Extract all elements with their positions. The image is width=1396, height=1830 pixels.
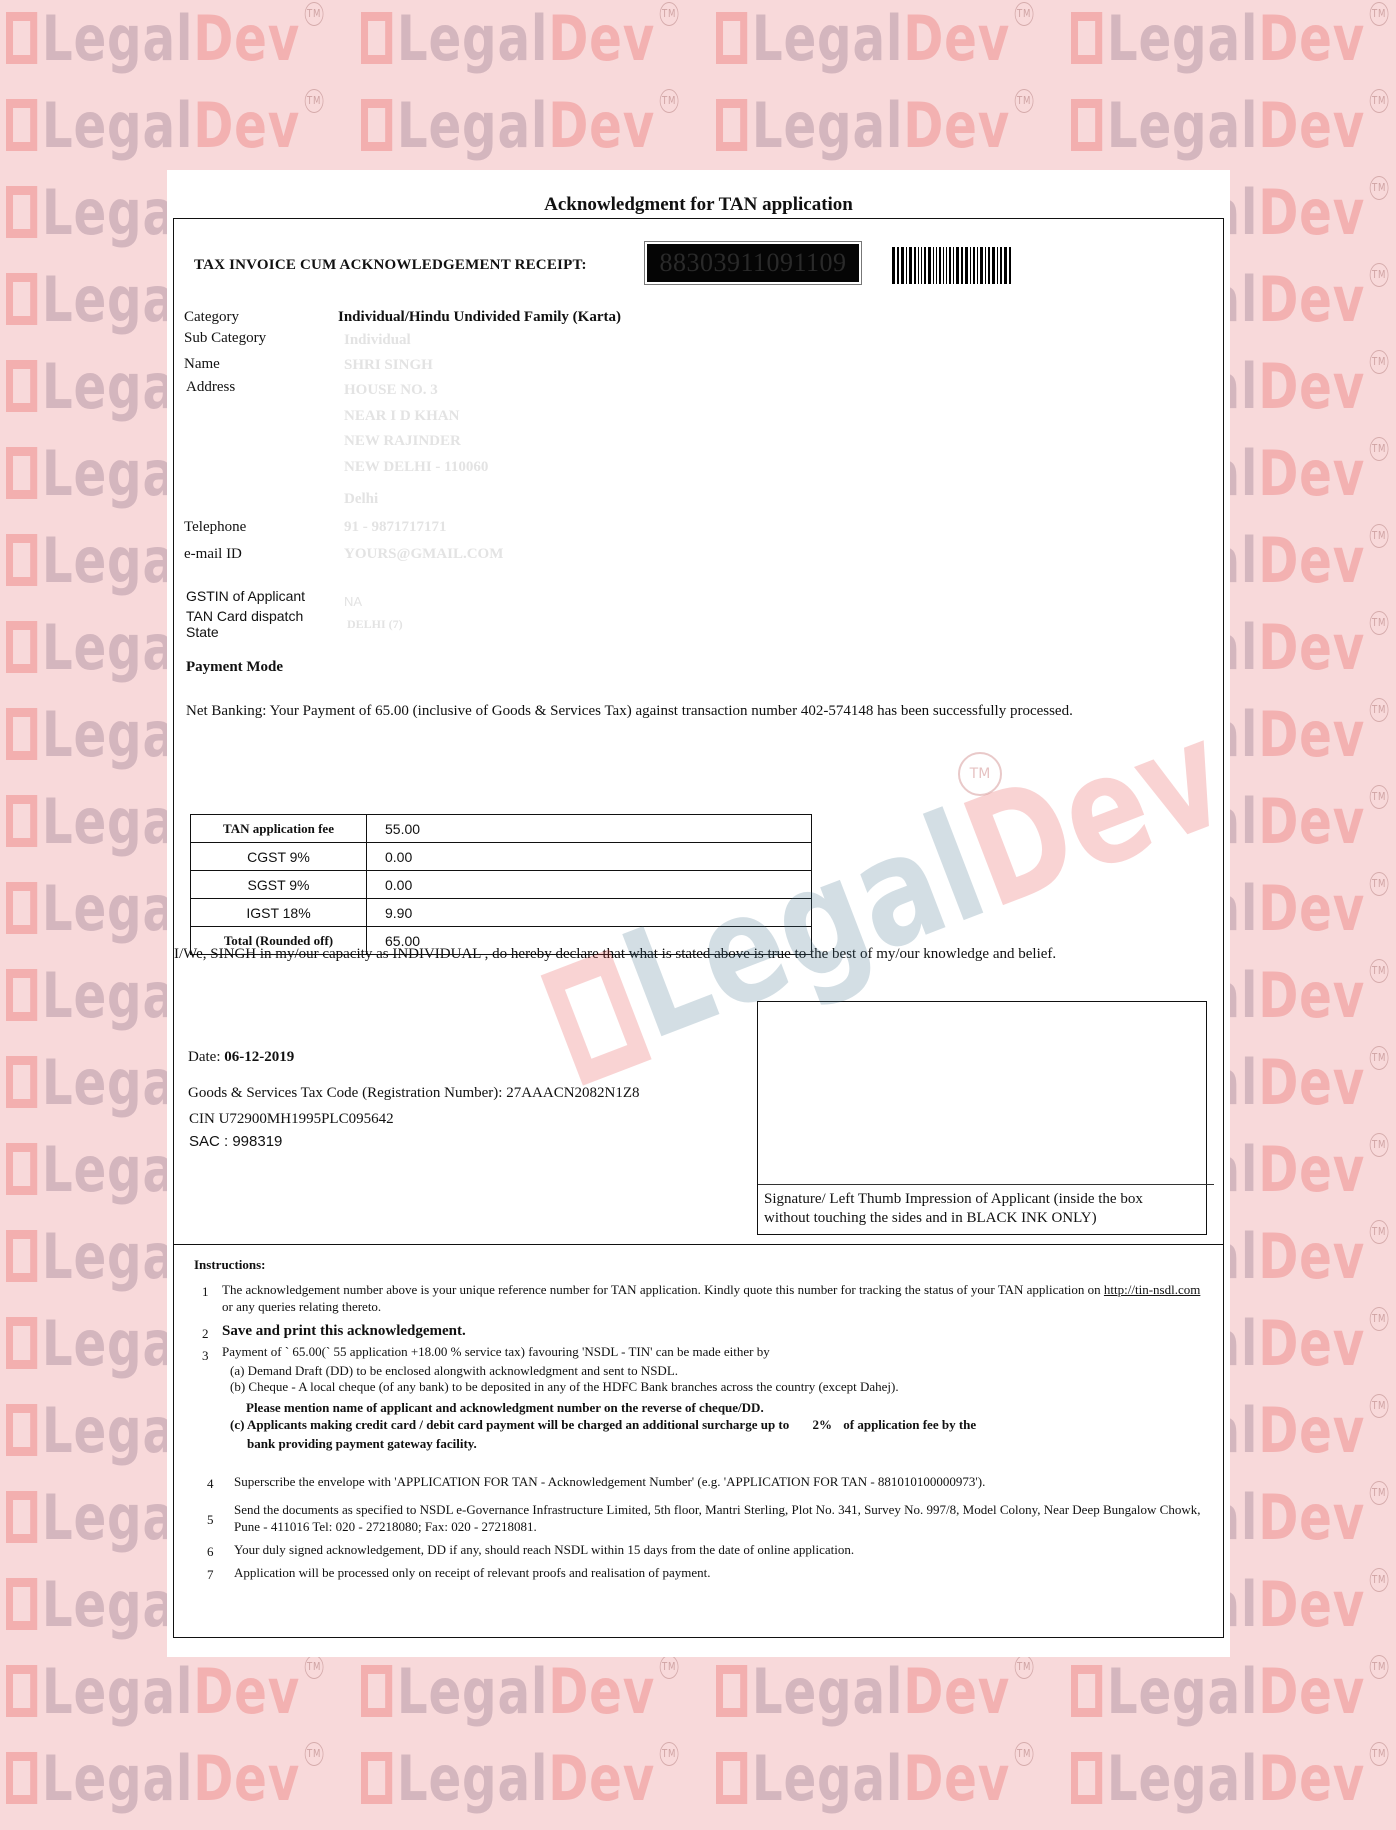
date-row: Date: 06-12-2019	[188, 1049, 294, 1066]
payment-option-card-2: bank providing payment gateway facility.	[247, 1435, 477, 1452]
watermark-text: Dev	[1258, 698, 1365, 771]
payment-option-card: (c) Applicants making credit card / debi…	[230, 1416, 976, 1433]
instruction-item-2: 2 Save and print this acknowledgement.	[222, 1323, 466, 1340]
watermark-tile: LegalDevTM	[6, 95, 300, 157]
trademark-icon: TM	[1370, 1742, 1389, 1766]
barcode-bar	[918, 247, 919, 284]
page-title: Acknowledgment for TAN application	[167, 194, 1230, 216]
watermark-tile: LegalDevTM	[716, 95, 1010, 157]
watermark-logo-icon	[1071, 1665, 1102, 1717]
trademark-icon: TM	[1370, 1394, 1389, 1418]
instructions-divider	[174, 1244, 1223, 1245]
acknowledgement-page: Acknowledgment for TAN application TAX I…	[167, 170, 1230, 1657]
watermark-logo-icon	[6, 1317, 37, 1369]
watermark-text: Legal	[752, 1742, 903, 1815]
fee-table: TAN application fee 55.00 CGST 9% 0.00 S…	[190, 814, 812, 955]
barcode-bar	[939, 247, 941, 284]
watermark-text: Dev	[1258, 1742, 1365, 1815]
payment-status-text: Net Banking: Your Payment of 65.00 (incl…	[186, 703, 1073, 720]
instruction-text: Application will be processed only on re…	[234, 1565, 711, 1580]
igst-label: IGST 18%	[191, 899, 367, 927]
sgst-value: 0.00	[367, 871, 812, 899]
watermark-text: Dev	[1258, 1655, 1365, 1728]
trademark-icon: TM	[1370, 350, 1389, 374]
instruction-number: 2	[202, 1325, 209, 1342]
watermark-text: Dev	[1258, 2, 1365, 75]
trademark-icon: TM	[305, 89, 324, 113]
tin-nsdl-link[interactable]: http://tin-nsdl.com	[1104, 1282, 1200, 1297]
watermark-logo-icon	[6, 273, 37, 325]
watermark-text: Dev	[1258, 785, 1365, 858]
watermark-logo-icon	[361, 99, 392, 151]
watermark-logo-icon	[6, 621, 37, 673]
email-value: YOURS@GMAIL.COM	[344, 546, 503, 563]
instruction-text: Your duly signed acknowledgement, DD if …	[234, 1542, 854, 1557]
watermark-tile: LegalDevTM	[6, 8, 300, 70]
watermark-logo-icon	[6, 447, 37, 499]
barcode-bar	[933, 247, 934, 284]
trademark-icon: TM	[1370, 89, 1389, 113]
gst-code: Goods & Services Tax Code (Registration …	[188, 1085, 640, 1102]
watermark-text: Legal	[42, 89, 193, 162]
watermark-logo-icon	[6, 882, 37, 934]
watermark-logo-icon	[6, 1578, 37, 1630]
category-value: Individual/Hindu Undivided Family (Karta…	[338, 309, 621, 326]
watermark-logo-icon	[6, 1056, 37, 1108]
watermark-text: Legal	[397, 1655, 548, 1728]
barcode-bar	[914, 247, 916, 284]
category-label: Category	[184, 309, 239, 326]
barcode-bar	[970, 247, 971, 284]
watermark-text: Dev	[548, 2, 655, 75]
instruction-text: The acknowledgement number above is your…	[222, 1282, 1104, 1297]
trademark-icon: TM	[1370, 1220, 1389, 1244]
table-row: CGST 9% 0.00	[191, 843, 812, 871]
watermark-text: Dev	[1258, 263, 1365, 336]
signature-box: Signature/ Left Thumb Impression of Appl…	[757, 1001, 1207, 1235]
watermark-text: Dev	[1258, 350, 1365, 423]
acknowledgement-number: 88303911091109	[647, 244, 859, 282]
trademark-icon: TM	[1370, 1307, 1389, 1331]
trademark-icon: TM	[660, 89, 679, 113]
watermark-text: Legal	[42, 1742, 193, 1815]
cgst-value: 0.00	[367, 843, 812, 871]
barcode-bar	[921, 247, 922, 284]
table-row: TAN application fee 55.00	[191, 815, 812, 843]
trademark-icon: TM	[1015, 1655, 1034, 1679]
signature-caption-line-2: without touching the sides and in BLACK …	[764, 1209, 1143, 1228]
barcode-bar	[901, 247, 904, 284]
trademark-icon: TM	[1370, 176, 1389, 200]
barcode-bar	[943, 247, 944, 284]
dispatch-state-label-2: State	[186, 624, 219, 640]
payment-mode-heading: Payment Mode	[186, 659, 283, 676]
watermark-logo-icon	[6, 708, 37, 760]
instruction-text: Send the documents as specified to NSDL …	[234, 1502, 1200, 1534]
watermark-logo-icon	[1071, 1752, 1102, 1804]
document-frame: TAX INVOICE CUM ACKNOWLEDGEMENT RECEIPT:…	[173, 218, 1224, 1638]
address-line-3: NEW RAJINDER	[344, 433, 461, 450]
acknowledgement-number-box: 88303911091109	[644, 241, 862, 285]
watermark-logo-icon	[6, 360, 37, 412]
fee-label: TAN application fee	[191, 815, 367, 843]
watermark-logo-icon	[716, 1752, 747, 1804]
watermark-text: Legal	[397, 89, 548, 162]
dispatch-state-value: DELHI (7)	[347, 617, 403, 632]
table-row: SGST 9% 0.00	[191, 871, 812, 899]
trademark-icon: TM	[1370, 1655, 1389, 1679]
barcode-icon	[892, 247, 1016, 284]
trademark-icon: TM	[305, 1655, 324, 1679]
table-row: IGST 18% 9.90	[191, 899, 812, 927]
barcode-bar	[1000, 247, 1002, 284]
trademark-icon: TM	[958, 752, 1002, 796]
watermark-logo-icon	[361, 12, 392, 64]
barcode-bar	[956, 247, 959, 284]
watermark-tile: LegalDevTM	[6, 1661, 300, 1723]
barcode-bar	[985, 247, 986, 284]
watermark-text: Legal	[752, 2, 903, 75]
watermark-logo-icon	[6, 1404, 37, 1456]
watermark-text: Legal	[397, 2, 548, 75]
trademark-icon: TM	[660, 1742, 679, 1766]
watermark-text: Dev	[193, 89, 300, 162]
trademark-icon: TM	[1370, 785, 1389, 809]
watermark-logo-icon	[6, 1491, 37, 1543]
barcode-bar	[928, 247, 931, 284]
barcode-bar	[909, 247, 912, 284]
instruction-item-7: 7 Application will be processed only on …	[234, 1564, 711, 1581]
watermark-text: Dev	[1258, 959, 1365, 1032]
instruction-number: 5	[207, 1511, 214, 1528]
gstin-label: GSTIN of Applicant	[186, 588, 305, 604]
watermark-tile: LegalDevTM	[716, 8, 1010, 70]
watermark-text: Dev	[193, 1742, 300, 1815]
cin-number: CIN U72900MH1995PLC095642	[189, 1111, 394, 1128]
telephone-value: 91 - 9871717171	[344, 519, 447, 536]
fee-value: 55.00	[367, 815, 812, 843]
telephone-label: Telephone	[184, 519, 246, 536]
watermark-logo-icon	[716, 1665, 747, 1717]
address-label: Address	[186, 379, 235, 396]
watermark-text: Dev	[1258, 524, 1365, 597]
watermark-tile: LegalDevTM	[361, 8, 655, 70]
instruction-number: 4	[207, 1475, 214, 1492]
watermark-logo-icon	[361, 1665, 392, 1717]
instruction-item-6: 6 Your duly signed acknowledgement, DD i…	[234, 1541, 854, 1558]
barcode-bar	[897, 247, 899, 284]
watermark-text: Dev	[903, 89, 1010, 162]
watermark-text: Dev	[903, 1655, 1010, 1728]
watermark-text: Dev	[1258, 1046, 1365, 1119]
name-label: Name	[184, 356, 220, 373]
watermark-text: Dev	[193, 1655, 300, 1728]
trademark-icon: TM	[1370, 263, 1389, 287]
trademark-icon: TM	[1370, 1481, 1389, 1505]
instruction-text: or any queries relating thereto.	[222, 1299, 381, 1314]
instruction-text: Payment of ` 65.00(` 55 application +18.…	[222, 1344, 770, 1359]
trademark-icon: TM	[1370, 698, 1389, 722]
watermark-text: Dev	[1258, 1481, 1365, 1554]
barcode-bar	[924, 247, 926, 284]
watermark-text: Dev	[903, 1742, 1010, 1815]
watermark-text: Dev	[1258, 1133, 1365, 1206]
watermark-logo-icon	[361, 1752, 392, 1804]
watermark-text: Dev	[1258, 1307, 1365, 1380]
watermark-text: Dev	[1258, 1568, 1365, 1641]
payment-option-dd: (a) Demand Draft (DD) to be enclosed alo…	[230, 1362, 678, 1379]
watermark-logo-icon	[6, 186, 37, 238]
barcode-bar	[965, 247, 968, 284]
instruction-number: 1	[202, 1283, 209, 1300]
declaration-text: I/We, SINGH in my/our capacity as INDIVI…	[174, 946, 1056, 963]
signature-caption: Signature/ Left Thumb Impression of Appl…	[764, 1190, 1143, 1228]
watermark-tile: LegalDevTM	[716, 1748, 1010, 1810]
watermark-logo-icon	[6, 795, 37, 847]
signature-divider	[758, 1184, 1214, 1185]
watermark-logo-icon	[6, 99, 37, 151]
watermark-logo-icon	[716, 99, 747, 151]
trademark-icon: TM	[1015, 1742, 1034, 1766]
sub-category-label: Sub Category	[184, 330, 266, 347]
watermark-text: Dev	[903, 2, 1010, 75]
address-line-2: NEAR I D KHAN	[344, 408, 459, 425]
watermark-text: Legal	[1107, 1742, 1258, 1815]
watermark-logo-icon	[6, 1665, 37, 1717]
trademark-icon: TM	[1370, 1046, 1389, 1070]
trademark-icon: TM	[1370, 611, 1389, 635]
trademark-icon: TM	[660, 1655, 679, 1679]
instruction-item-3: 3 Payment of ` 65.00(` 55 application +1…	[222, 1343, 770, 1360]
watermark-text: Legal	[1107, 1655, 1258, 1728]
watermark-logo-icon	[1071, 12, 1102, 64]
watermark-text: Dev	[1258, 176, 1365, 249]
sac-code: SAC : 998319	[189, 1133, 282, 1150]
trademark-icon: TM	[1370, 524, 1389, 548]
watermark-tile: LegalDevTM	[6, 1748, 300, 1810]
barcode-bar	[961, 247, 963, 284]
trademark-icon: TM	[1370, 1133, 1389, 1157]
watermark-logo-icon	[1071, 99, 1102, 151]
watermark-text: Dev	[1258, 1220, 1365, 1293]
barcode-bar	[906, 247, 907, 284]
instruction-text: Superscribe the envelope with 'APPLICATI…	[234, 1474, 985, 1489]
watermark-text: Legal	[1107, 89, 1258, 162]
watermark-text: Dev	[548, 1655, 655, 1728]
watermark-text: Dev	[1258, 437, 1365, 510]
watermark-logo-icon	[6, 1752, 37, 1804]
instruction-text: Save and print this acknowledgement.	[222, 1323, 466, 1339]
watermark-tile: LegalDevTM	[1071, 8, 1365, 70]
watermark-logo-icon	[716, 12, 747, 64]
instruction-item-5: 5 Send the documents as specified to NSD…	[234, 1501, 1219, 1535]
watermark-text: Legal	[752, 89, 903, 162]
trademark-icon: TM	[660, 2, 679, 26]
watermark-tile: LegalDevTM	[1071, 1661, 1365, 1723]
watermark-text: Dev	[548, 89, 655, 162]
sub-category-value: Individual	[344, 332, 411, 349]
instruction-number: 7	[207, 1566, 214, 1583]
trademark-icon: TM	[1370, 959, 1389, 983]
card-surcharge-percent: 2%	[813, 1417, 833, 1432]
watermark-text: Legal	[42, 1655, 193, 1728]
watermark-text: Legal	[397, 1742, 548, 1815]
address-line-4: NEW DELHI - 110060	[344, 459, 488, 476]
barcode-bar	[973, 247, 975, 284]
watermark-tile: LegalDevTM	[716, 1661, 1010, 1723]
watermark-text: Dev	[1258, 872, 1365, 945]
address-state: Delhi	[344, 491, 378, 508]
receipt-label: TAX INVOICE CUM ACKNOWLEDGEMENT RECEIPT:	[194, 257, 587, 274]
watermark-tile: LegalDevTM	[1071, 95, 1365, 157]
barcode-bar	[949, 247, 951, 284]
name-value: SHRI SINGH	[344, 357, 433, 374]
instruction-item-1: 1 The acknowledgement number above is yo…	[222, 1281, 1202, 1315]
watermark-tile: LegalDevTM	[1071, 1748, 1365, 1810]
watermark-text: Dev	[1258, 611, 1365, 684]
instruction-number: 6	[207, 1543, 214, 1560]
barcode-bar	[953, 247, 954, 284]
trademark-icon: TM	[1370, 1568, 1389, 1592]
watermark-logo-icon	[6, 534, 37, 586]
watermark-text: Legal	[1107, 2, 1258, 75]
dispatch-state-label: TAN Card dispatch	[186, 608, 303, 624]
watermark-text: Dev	[548, 1742, 655, 1815]
trademark-icon: TM	[305, 2, 324, 26]
trademark-icon: TM	[1015, 2, 1034, 26]
watermark-text: Dev	[1258, 89, 1365, 162]
watermark-text: Dev	[1258, 1394, 1365, 1467]
barcode-bar	[1009, 247, 1011, 284]
instructions-heading: Instructions:	[194, 1257, 266, 1273]
watermark-logo-icon	[6, 1230, 37, 1282]
barcode-bar	[936, 247, 937, 284]
sgst-label: SGST 9%	[191, 871, 367, 899]
barcode-bar	[977, 247, 978, 284]
payment-option-cheque: (b) Cheque - A local cheque (of any bank…	[230, 1378, 899, 1395]
watermark-tile: LegalDevTM	[361, 95, 655, 157]
email-label: e-mail ID	[184, 546, 242, 563]
date-label: Date:	[188, 1049, 220, 1065]
barcode-bar	[1004, 247, 1007, 284]
cgst-label: CGST 9%	[191, 843, 367, 871]
trademark-icon: TM	[1015, 89, 1034, 113]
watermark-tile: LegalDevTM	[361, 1748, 655, 1810]
card-surcharge-text: (c) Applicants making credit card / debi…	[230, 1417, 789, 1432]
instruction-number: 3	[202, 1347, 209, 1364]
igst-value: 9.90	[367, 899, 812, 927]
watermark-tile: LegalDevTM	[361, 1661, 655, 1723]
date-value: 06-12-2019	[224, 1049, 294, 1065]
gstin-value: NA	[344, 594, 362, 609]
card-surcharge-text-2: of application fee by the	[843, 1417, 976, 1432]
barcode-bar	[992, 247, 995, 284]
barcode-bar	[980, 247, 983, 284]
barcode-bar	[946, 247, 947, 284]
barcode-bar	[988, 247, 990, 284]
trademark-icon: TM	[1370, 872, 1389, 896]
instruction-item-4: 4 Superscribe the envelope with 'APPLICA…	[234, 1473, 985, 1490]
payment-note: Please mention name of applicant and ack…	[246, 1399, 764, 1416]
trademark-icon: TM	[1370, 437, 1389, 461]
watermark-text: Legal	[752, 1655, 903, 1728]
barcode-bar	[892, 247, 895, 284]
watermark-text: Dev	[193, 2, 300, 75]
signature-caption-line-1: Signature/ Left Thumb Impression of Appl…	[764, 1190, 1143, 1209]
trademark-icon: TM	[305, 1742, 324, 1766]
trademark-icon: TM	[1370, 2, 1389, 26]
barcode-bar	[997, 247, 998, 284]
address-line-1: HOUSE NO. 3	[344, 382, 438, 399]
watermark-logo-icon	[6, 1143, 37, 1195]
watermark-logo-icon	[6, 12, 37, 64]
watermark-logo-icon	[6, 969, 37, 1021]
watermark-text: Legal	[42, 2, 193, 75]
